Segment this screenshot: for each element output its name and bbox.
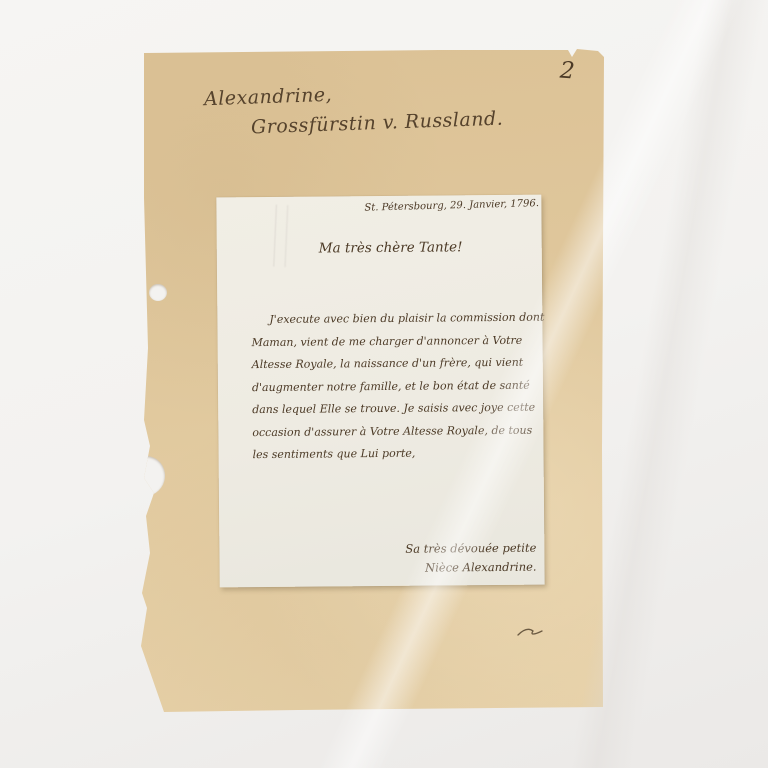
letter-closing: Sa très dévouée petite Nièce Alexandrine… [405,539,536,578]
letter-sheet: St. Pétersbourg, 29. Janvier, 1796. Ma t… [216,195,544,588]
body-line: J'execute avec bien du plaisir la commis… [251,307,540,332]
body-line: Altesse Royale, la naissance d'un frère,… [252,352,541,377]
letter-salutation: Ma très chère Tante! [319,239,463,256]
body-line: dans lequel Elle se trouve. Je saisis av… [252,397,541,422]
torn-edge-notch [123,452,170,500]
body-line: d'augmenter notre famille, et le bon éta… [252,374,541,399]
body-line: les sentiments que Lui porte, [252,442,541,467]
photo-backdrop: 2 Alexandrine, Grossfürstin v. Russland.… [0,0,768,768]
punch-hole [149,284,167,301]
letter-dateline: St. Pétersbourg, 29. Janvier, 1796. [365,198,540,214]
owner-annotation-line1: Alexandrine, [204,84,333,110]
page-number-annotation: 2 [559,58,575,85]
body-line: occasion d'assurer à Votre Altesse Royal… [252,419,541,444]
pencil-smudge-marks [265,204,296,267]
signature-line: Nièce Alexandrine. [405,558,536,578]
body-line: Maman, vient de me charger d'annoncer à … [251,329,540,354]
pencil-check-mark [516,626,544,642]
letter-body: J'execute avec bien du plaisir la commis… [251,307,541,467]
closing-line: Sa très dévouée petite [405,539,536,559]
